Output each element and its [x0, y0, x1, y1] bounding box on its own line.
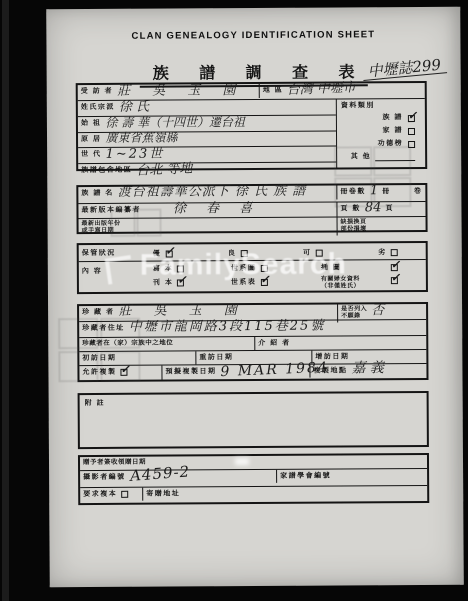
- photographer-number-value: A459-2: [129, 465, 190, 483]
- category-other-blank-line: [375, 152, 415, 161]
- checkbox-unchecked-icon: [260, 265, 267, 272]
- checkbox-unchecked-icon: [316, 249, 323, 256]
- society-number-label: 家譜學會編號: [280, 472, 331, 481]
- category-zupu-label: 族 譜: [382, 113, 403, 122]
- checkbox-unchecked-icon: [240, 250, 247, 257]
- holder-address-value: 中壢市龍岡路3段115巷25號: [129, 320, 326, 334]
- field-request-copy: 要求複本: [80, 488, 142, 501]
- checkbox-checked-icon: [391, 277, 398, 284]
- field-pages: 頁 數 84 頁: [336, 202, 425, 217]
- checkbox-unchecked-icon: [177, 265, 184, 272]
- content-pedigree-chart: 世系圖: [231, 264, 321, 279]
- condition-label: 保管狀況: [82, 248, 116, 257]
- field-generations: 世 代 1~23世: [78, 148, 167, 164]
- checkbox-checked-icon: [120, 369, 127, 376]
- content-label: 內 容: [82, 267, 103, 276]
- mailing-address-label: 寄贈地址: [146, 489, 180, 498]
- field-copy-permission: 允許複製: [79, 366, 161, 380]
- field-area: 地 區 台灣 中壢市: [259, 83, 425, 98]
- content-illustrations: 插 圖: [321, 263, 416, 277]
- origin-label: 原 居: [81, 135, 102, 144]
- holder-label: 珍 藏 者: [82, 308, 114, 317]
- content-pedigree-table: 世系表: [231, 278, 321, 293]
- compiler-label: 最新版本編纂者: [81, 206, 141, 215]
- interviewee-label: 受 訪 者: [81, 87, 113, 96]
- founder-label: 始 祖: [81, 119, 102, 128]
- form-english-title: CLAN GENEALOGY IDENTIFICATION SHEET: [46, 29, 460, 43]
- surname-value: 徐 氏: [119, 101, 149, 114]
- checkbox-unchecked-icon: [391, 249, 398, 256]
- donor-receipt-date-label: 贈予者簽收領贈日期: [83, 459, 146, 466]
- request-copy-label: 要求複本: [83, 490, 117, 499]
- section-lineage-info: 受 訪 者 莊 吳 玉 園 地 區 台灣 中壢市 姓氏宗派 徐 氏 始 祖: [76, 81, 428, 171]
- field-compiler: 最新版本編纂者 徐 春 喜: [78, 203, 336, 219]
- field-photographer-number: 攝影者編號 A459-2: [80, 470, 276, 484]
- field-holder-address: 珍藏者住址 中壢市龍岡路3段115巷25號: [79, 320, 426, 336]
- volumes-value: 1: [370, 184, 378, 197]
- first-visit-label: 初訪日期: [82, 354, 116, 363]
- condition-option-fair: 可: [303, 248, 323, 257]
- section-holder-info: 珍 藏 者 莊 吳 玉 園 是否列入 不願錄 否 珍藏者住址 中壢市龍岡路3段1…: [77, 302, 428, 382]
- holder-address-label: 珍藏者住址: [82, 324, 125, 333]
- checkbox-unchecked-icon: [408, 128, 415, 135]
- field-coverage: 族譜包含地區 台北 等地: [78, 163, 195, 179]
- area-value: 台灣 中壢市: [287, 81, 357, 97]
- field-notes: 附 註: [80, 393, 427, 412]
- field-book-title: 族 譜 名 渡台祖壽華公派下 徐 氏 族 譜: [78, 186, 336, 202]
- pages-value: 84: [365, 201, 382, 214]
- category-jiapu-label: 家 譜: [383, 126, 404, 135]
- checkbox-unchecked-icon: [121, 491, 128, 498]
- checkbox-checked-icon: [177, 279, 184, 286]
- photographer-number-label: 攝影者編號: [83, 473, 126, 482]
- introducer-label: 介 紹 者: [258, 339, 290, 348]
- surname-label: 姓氏宗派: [81, 103, 115, 112]
- volumes-unit-ce: 冊: [382, 187, 391, 196]
- section-notes: 附 註: [78, 391, 429, 449]
- copy-permission-label: 允許複製: [82, 368, 116, 377]
- holder-position-label: 珍藏者在（家）宗族中之地位: [82, 340, 173, 348]
- field-damage-check: 缺損換頁 部份損壞: [337, 217, 426, 236]
- revisit-label: 重訪日期: [199, 353, 233, 362]
- book-title-label: 族 譜 名: [81, 189, 113, 198]
- pages-label: 頁 數: [340, 204, 361, 213]
- publication-date-label-line2: 或手寫日期: [82, 228, 115, 235]
- generations-label: 世 代: [81, 150, 102, 159]
- condition-option-poor: 劣: [378, 248, 398, 257]
- content-printed: 刊 本: [153, 278, 231, 292]
- origin-value: 廣東省蕉嶺縣: [105, 131, 177, 144]
- coverage-value: 台北 等地: [136, 162, 193, 177]
- book-title-value: 渡台祖壽華公派下 徐 氏 族 譜: [118, 185, 307, 199]
- section-book-info: 族 譜 名 渡台祖壽華公派下 徐 氏 族 譜 冊卷數 1 冊 卷 最新版本編纂者…: [76, 183, 427, 234]
- field-origin: 原 居 廣東省蕉嶺縣: [78, 132, 181, 147]
- notes-label: 附 註: [85, 399, 106, 408]
- damage-label-line2: 部份損壞: [341, 226, 367, 233]
- section-admin-numbers: 贈予者簽收領贈日期 攝影者編號 A459-2 家譜學會編號 要求複本 寄贈地址: [78, 453, 429, 505]
- field-society-number: 家譜學會編號: [276, 469, 427, 483]
- holder-value: 莊 吳 玉 園: [118, 304, 245, 318]
- checkbox-checked-icon: [408, 115, 415, 122]
- field-interviewee: 受 訪 者 莊 吳 玉 園: [78, 84, 259, 100]
- field-volumes: 冊卷數 1 冊 卷: [336, 185, 425, 200]
- condition-option-excellent: 優: [153, 249, 173, 258]
- checkbox-checked-icon: [165, 250, 172, 257]
- condition-option-good: 良: [228, 249, 248, 258]
- scheduled-copy-date-label: 預擬複製日期: [165, 367, 216, 376]
- content-women-data: 有關婦女資料 （非僅姓氏）: [321, 276, 416, 291]
- section-condition-content: 保管狀況 優 良 可 劣: [77, 241, 428, 294]
- scanned-form-page: CLAN GENEALOGY IDENTIFICATION SHEET 族 譜 …: [46, 7, 464, 588]
- content-manuscript: 寫 本: [153, 264, 231, 278]
- copy-location-value: 嘉 義: [351, 362, 384, 375]
- field-scheduled-copy-date: 預擬複製日期 9 MAR 1984: [161, 365, 309, 380]
- checkbox-unchecked-icon: [408, 141, 415, 148]
- field-introducer: 介 紹 者: [254, 336, 426, 350]
- field-surname-clan: 姓氏宗派 徐 氏: [78, 101, 152, 116]
- compiler-value: 徐 春 喜: [173, 202, 260, 216]
- area-label: 地 區: [263, 86, 284, 95]
- field-holder-position: 珍藏者在（家）宗族中之地位: [79, 337, 254, 349]
- material-category-box: 資料類別 族 譜 家 譜 功德榜 其 他: [336, 99, 425, 170]
- field-first-visit-date: 初訪日期: [79, 351, 195, 365]
- volumes-unit-juan: 卷: [414, 187, 423, 196]
- checkbox-checked-icon: [391, 264, 398, 271]
- scan-edge-strip: [2, 0, 9, 601]
- pages-unit: 頁: [385, 204, 394, 213]
- opt-out-value: 否: [371, 304, 384, 317]
- founder-value: 徐 壽 華（十四世）遷台祖: [105, 116, 245, 130]
- category-gongdebang-label: 功德榜: [378, 139, 404, 148]
- coverage-label: 族譜包含地區: [81, 166, 132, 175]
- volumes-label: 冊卷數: [340, 187, 366, 196]
- category-other-label: 其 他: [351, 152, 372, 161]
- scan-artifact: [235, 458, 249, 465]
- handwritten-serial-number: 中壢誌299: [362, 58, 447, 81]
- field-mailing-address: 寄贈地址: [142, 486, 427, 501]
- checkbox-checked-icon: [260, 279, 267, 286]
- field-publication-date: 最新出版年份 或手寫日期: [79, 218, 337, 238]
- generations-value: 1~23世: [106, 148, 165, 161]
- interviewee-value: 莊 吳 玉 園: [117, 84, 244, 98]
